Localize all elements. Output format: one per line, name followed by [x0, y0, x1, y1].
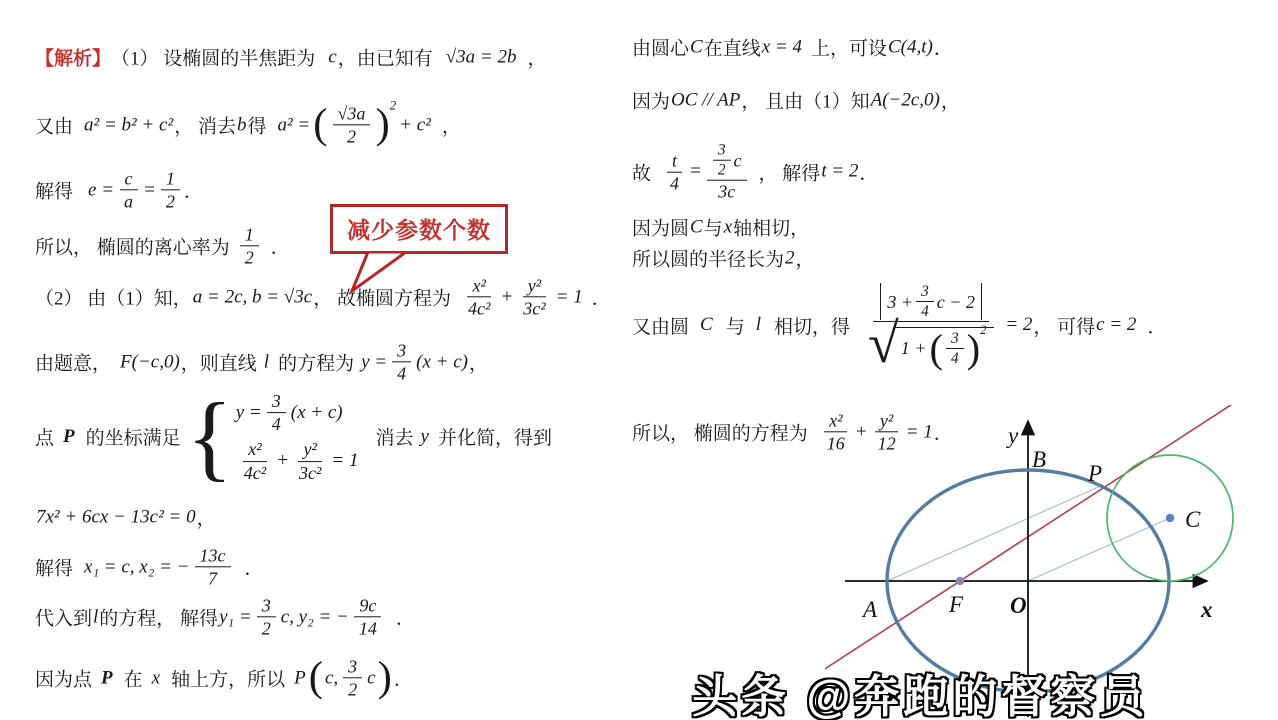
segment-OC [1028, 518, 1170, 581]
center-dot [1166, 514, 1174, 522]
callout-tail-pointer [338, 251, 428, 297]
watermark: 头条 @奔跑的督察员 [692, 660, 1148, 720]
page: { "colors": { "accent_red": "#c4302b", "… [0, 0, 1278, 720]
x-axis-label: x [1200, 597, 1213, 622]
y-axis-label: y [1006, 423, 1019, 448]
focus-dot [956, 577, 964, 585]
solution-line: 因为OC // AP， 且由（1）知A(−2c,0)， [632, 87, 960, 114]
origin-label: O [1010, 593, 1027, 618]
callout-label: 减少参数个数 [330, 204, 508, 254]
solution-line: 故 t4=32c3c， 解得t = 2． [632, 142, 878, 203]
solution-line: 因为圆C 与x 轴相切， [632, 214, 809, 241]
solution-line: 又由 a² = b² + c²， 消去b 得 a² =(√3a2)2+ c²， [35, 103, 461, 146]
solution-line: 【解析】（1） 设椭圆的半焦距为 c ，由已知有 √3a = 2b， [35, 44, 547, 71]
solution-line: 7x² + 6cx − 13c² = 0， [35, 504, 216, 531]
callout-annotation: 减少参数个数 [330, 204, 520, 254]
solution-line: 由圆心C 在直线x = 4 上，可设C(4,t)． [632, 34, 953, 61]
focus-label: F [948, 592, 964, 617]
solution-line: 由题意， F(−c,0)，则直线 l 的方程为 y =34(x + c)， [35, 340, 488, 383]
top-vertex-label: B [1032, 447, 1046, 472]
left-vertex-label: A [861, 597, 878, 622]
solution-line: 解得 e =ca=12． [35, 168, 203, 211]
solution-line: 又由圆 C 与 l 相切，得 3 +34c − 2√1 +(34)2= 2， 可… [632, 283, 1166, 367]
solution-line: 所以圆的半径长为2， [632, 245, 815, 272]
solution-line: 解得 x₁ = c, x₂ = −13c7． [35, 545, 264, 588]
segment-AP [887, 485, 1103, 581]
solution-line: 因为点 P 在 x 轴上方，所以 P(c,32c)． [35, 656, 413, 699]
solution-line: 点 P 的坐标满足 {y =34(x + c)x²4c²+y²3c²= 1 消去… [35, 391, 552, 483]
solution-line: （2） 由（1）知， a = 2c, b = √3c， 故椭圆方程为 x²4c²… [35, 275, 611, 318]
line-l [825, 405, 1257, 674]
circle-center-label: C [1185, 507, 1201, 532]
solution-line: 所以， 椭圆的离心率为 12． [35, 224, 290, 267]
solution-line: 代入到l的方程， 解得 y₁ =32c, y₂ = −9c14． [35, 595, 415, 638]
point-p-label: P [1087, 461, 1102, 486]
